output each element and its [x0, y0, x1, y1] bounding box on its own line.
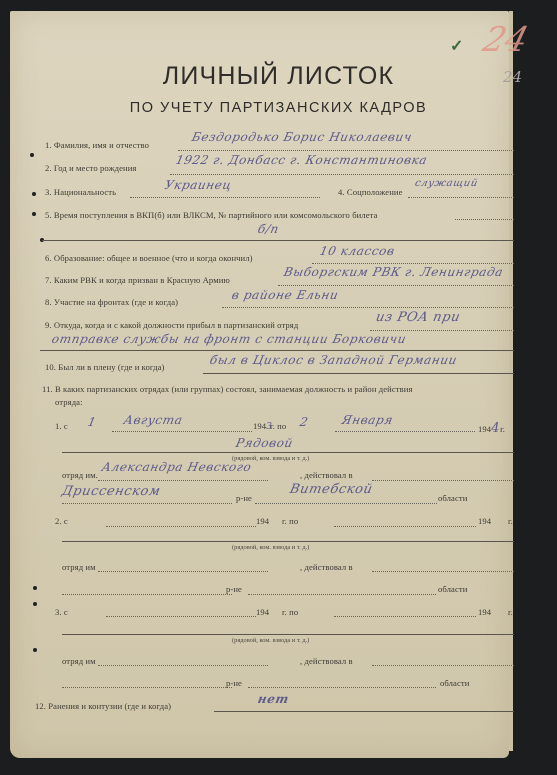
det1-region: Витебской	[288, 482, 374, 497]
field-2-line	[170, 174, 514, 175]
det1-unit-line	[98, 480, 268, 481]
field-9-line	[370, 330, 514, 331]
field-9-value-line1: из РОА при	[374, 310, 461, 325]
det2-unit-line	[98, 571, 268, 572]
document-subtitle: ПО УЧЕТУ ПАРТИЗАНСКИХ КАДРОВ	[0, 100, 557, 116]
det3-to-line	[334, 616, 476, 617]
det3-region-line	[248, 687, 436, 688]
year-prefix: 194	[478, 424, 491, 434]
field-3-line	[130, 197, 320, 198]
field-11-label: 11. В каких партизанских отрядах (или гр…	[42, 384, 413, 394]
archive-red-number: 24	[479, 20, 533, 60]
field-8-value: в районе Ельни	[231, 288, 340, 302]
det1-district-label: р-не	[236, 493, 252, 503]
field-6-label: 6. Образование: общее и военное (что и к…	[45, 253, 253, 263]
field-8-line	[222, 307, 514, 308]
sheet-edge	[509, 11, 513, 751]
field-7-value: Выборгским РВК г. Ленинграда	[283, 265, 505, 279]
binder-hole	[33, 586, 37, 590]
det2-to-line	[334, 526, 476, 527]
field-4-label: 4. Соцположение	[338, 187, 403, 197]
document-title: ЛИЧНЫЙ ЛИСТОК	[0, 62, 557, 91]
field-12-label: 12. Ранения и контузии (где и когда)	[35, 701, 171, 711]
det3-district-label: р-не	[226, 678, 242, 688]
field-10-line	[203, 373, 514, 374]
det1-num: 1. с	[55, 421, 68, 431]
det1-unit-label: отряд им.	[62, 470, 98, 480]
field-10-value: был в Циклос в Западной Германии	[209, 353, 459, 367]
field-5-line	[455, 219, 514, 220]
det1-region-line	[255, 503, 437, 504]
field-12-line	[214, 711, 514, 712]
det2-region-label: области	[438, 584, 467, 594]
det2-position-hint: (рядовой, ком. взвода и т. д.)	[232, 544, 309, 551]
det2-position-line	[62, 541, 514, 542]
field-9-label: 9. Откуда, когда и с какой должности при…	[45, 320, 298, 330]
det2-from-year: 194	[256, 516, 269, 526]
det1-position: Рядовой	[235, 436, 295, 450]
year-digit: 4	[491, 421, 500, 436]
field-1-value: Бездородько Борис Николаевич	[191, 130, 414, 144]
field-9-value-line2: отправке службы на фронт с станции Борко…	[51, 332, 408, 346]
det3-from-line	[106, 616, 256, 617]
field-4-line	[408, 197, 514, 198]
det1-to-label: г. по	[270, 421, 286, 431]
det3-region-label: области	[440, 678, 469, 688]
det1-region-label: области	[438, 493, 467, 503]
binder-hole	[33, 602, 37, 606]
field-6-value: 10 классов	[319, 244, 397, 258]
binder-hole	[32, 212, 36, 216]
binder-hole	[32, 192, 36, 196]
det2-num: 2. с	[55, 516, 68, 526]
det2-acted-line	[372, 571, 514, 572]
det1-to-line	[335, 431, 475, 432]
det2-acted-label: , действовал в	[300, 562, 353, 572]
field-8-label: 8. Участие на фронтах (где и когда)	[45, 297, 178, 307]
det1-acted-line	[372, 480, 514, 481]
det1-to-month: Января	[341, 413, 395, 427]
det3-to-year: 194	[478, 607, 491, 617]
det1-to-year: 1944г.	[478, 421, 505, 436]
det2-from-line	[106, 526, 256, 527]
det3-num: 3. с	[55, 607, 68, 617]
field-11-label-2: отряда:	[55, 397, 83, 407]
det3-position-line	[62, 634, 514, 635]
det1-position-line	[62, 452, 514, 453]
field-7-line	[278, 285, 514, 286]
det1-district: Дриссенском	[60, 484, 162, 499]
field-2-label: 2. Год и место рождения	[45, 163, 136, 173]
field-2-value: 1922 г. Донбасс г. Константиновка	[175, 153, 429, 167]
det2-to-label: г. по	[282, 516, 298, 526]
det3-unit-label: отряд им	[62, 656, 96, 666]
det3-year-suffix: г.	[508, 607, 513, 617]
field-1-label: 1. Фамилия, имя и отчество	[45, 140, 149, 150]
field-5-label: 5. Время поступления в ВКП(б) или ВЛКСМ,…	[45, 210, 378, 220]
check-mark-icon: ✓	[450, 36, 463, 56]
field-1-line	[178, 150, 514, 151]
det3-from-year: 194	[256, 607, 269, 617]
field-7-label: 7. Каким РВК и когда призван в Красную А…	[45, 275, 230, 285]
det1-acted-label: , действовал в	[300, 470, 353, 480]
field-3-label: 3. Национальность	[45, 187, 116, 197]
field-12-value: нет	[257, 692, 291, 706]
binder-hole	[33, 648, 37, 652]
det3-acted-line	[372, 665, 514, 666]
field-10-label: 10. Был ли в плену (где и когда)	[45, 362, 164, 372]
det1-from-line	[112, 431, 252, 432]
det2-district-label: р-не	[226, 584, 242, 594]
det1-district-line	[62, 503, 232, 504]
field-9-line-2	[40, 350, 514, 351]
year-prefix: 194	[253, 421, 266, 431]
field-5-value: б/п	[257, 222, 281, 236]
det3-position-hint: (рядовой, ком. взвода и т. д.)	[232, 637, 309, 644]
det1-unit-name: Александра Невского	[101, 460, 253, 474]
det2-unit-label: отряд им	[62, 562, 96, 572]
det2-to-year: 194	[478, 516, 491, 526]
field-6-line	[312, 263, 514, 264]
det2-year-suffix: г.	[508, 516, 513, 526]
field-4-value: служащий	[414, 178, 479, 189]
det2-region-line	[248, 594, 436, 595]
det3-to-label: г. по	[282, 607, 298, 617]
field-5-line-2	[42, 240, 514, 241]
binder-hole	[30, 153, 34, 157]
det2-district-line	[62, 594, 232, 595]
field-3-value: Украинец	[164, 178, 234, 192]
det3-acted-label: , действовал в	[300, 656, 353, 666]
year-suffix: г.	[500, 424, 505, 434]
det1-from-month: Августа	[123, 413, 185, 427]
det3-district-line	[62, 687, 232, 688]
det3-unit-line	[98, 665, 268, 666]
